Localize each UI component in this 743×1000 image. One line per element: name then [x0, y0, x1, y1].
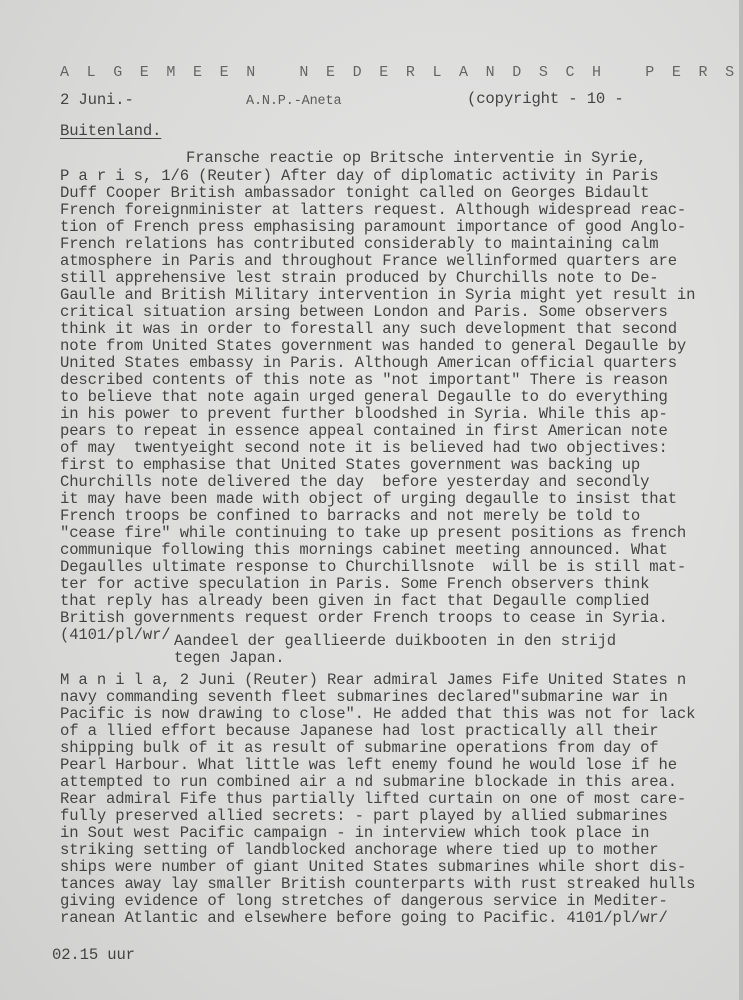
body-line: described contents of this note as "not … — [60, 372, 668, 389]
body-line: French foreignminister at latters reques… — [60, 202, 686, 219]
body-line: communique following this mornings cabin… — [60, 542, 668, 559]
reference-code: (4101/pl/wr/ — [60, 627, 171, 644]
article-title: Aandeel der geallieerde duikbooten in de… — [174, 633, 616, 650]
body-line: atmosphere in Paris and throughout Franc… — [60, 253, 677, 270]
article-title: tegen Japan. — [174, 650, 285, 667]
body-line: pears to repeat in essence appeal contai… — [60, 423, 668, 440]
page-edge — [739, 0, 743, 1000]
body-line: that reply has already been given in fac… — [60, 593, 649, 610]
body-line: ter for active speculation in Paris. Som… — [60, 576, 649, 593]
body-line: United States embassy in Paris. Although… — [60, 355, 677, 372]
body-line: striking setting of landblocked anchorag… — [60, 842, 659, 859]
body-line: attempted to run combined air a nd subma… — [60, 774, 677, 791]
body-line: in his power to prevent further bloodshe… — [60, 406, 668, 423]
body-line: note from United States government was h… — [60, 338, 686, 355]
body-line: Gaulle and British Military intervention… — [60, 287, 695, 304]
source-label: A.N.P.-Aneta — [246, 93, 341, 110]
body-line: shipping bulk of it as result of submari… — [60, 740, 659, 757]
typewritten-document-page: A L G E M E E N N E D E R L A N D S C H … — [0, 0, 743, 1000]
body-line: think it was in order to forestall any s… — [60, 321, 677, 338]
body-line: ranean Atlantic and elsewhere before goi… — [60, 910, 668, 927]
body-line: of may twentyeight second note it is bel… — [60, 440, 668, 457]
body-line: Pacific is now drawing to close". He add… — [60, 706, 695, 723]
body-line: Rear admiral Fife thus partially lifted … — [60, 791, 686, 808]
body-line: giving evidence of long stretches of dan… — [60, 893, 668, 910]
footer-time: 02.15 uur — [52, 947, 135, 964]
body-line: Churchills note delivered the day before… — [60, 474, 649, 491]
body-line: tances away lay smaller British counterp… — [60, 876, 695, 893]
copyright-label: (copyright - 10 - — [467, 91, 624, 108]
body-line: Pearl Harbour. What little was left enem… — [60, 757, 677, 774]
body-line: navy commanding seventh fleet submarines… — [60, 689, 668, 706]
body-line: to believe that note again urged general… — [60, 389, 668, 406]
document-date: 2 Juni.- — [60, 92, 134, 109]
body-line: it may have been made with object of urg… — [60, 491, 677, 508]
body-line: still apprehensive lest strain produced … — [60, 270, 659, 287]
body-line: French relations has contributed conside… — [60, 236, 659, 253]
body-line: critical situation arsing between London… — [60, 304, 668, 321]
body-line: of a llied effort because Japanese had l… — [60, 723, 659, 740]
body-line: first to emphasise that United States go… — [60, 457, 640, 474]
body-line: British governments request order French… — [60, 610, 668, 627]
agency-header: A L G E M E E N N E D E R L A N D S C H … — [60, 64, 743, 81]
body-line: tion of French press emphasising paramou… — [60, 219, 686, 236]
body-line: fully preserved allied secrets: - part p… — [60, 808, 668, 825]
article-title: Fransche reactie op Britsche interventie… — [186, 150, 646, 167]
body-line: Duff Cooper British ambassador tonight c… — [60, 185, 649, 202]
body-line: Degaulles ultimate response to Churchill… — [60, 559, 686, 576]
body-line: in Sout west Pacific campaign - in inter… — [60, 825, 649, 842]
body-line: M a n i l a, 2 Juni (Reuter) Rear admira… — [60, 672, 686, 689]
body-line: ships were number of giant United States… — [60, 859, 686, 876]
body-line: "cease fire" while continuing to take up… — [60, 525, 686, 542]
section-heading: Buitenland. — [60, 123, 161, 140]
body-line: French troops be confined to barracks an… — [60, 508, 640, 525]
body-line: P a r i s, 1/6 (Reuter) After day of dip… — [60, 168, 659, 185]
